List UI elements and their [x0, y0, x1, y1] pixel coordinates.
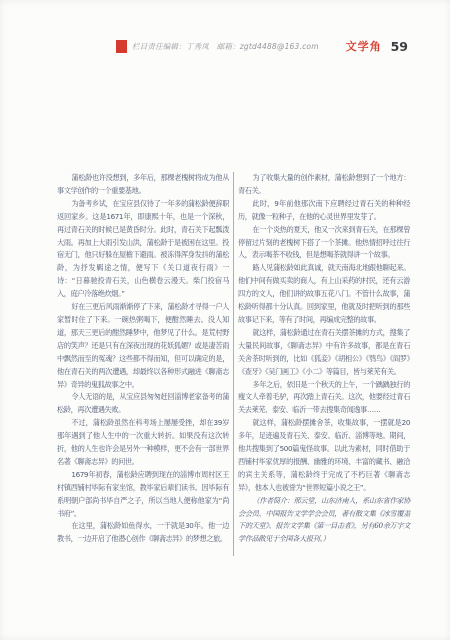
author-bio: （作者简介：邢云堂，山东济南人，系山东省作家协会会员、中国报告文学学会会员，著有…	[238, 495, 410, 547]
paragraph: 1679年初春，蒲松龄应聘到现在的淄博市周村区王村镇西铺村毕际有家坐馆，教毕家后…	[57, 469, 229, 521]
paragraph: 在一个炎热的夏天，他又一次来到青石关，在那棵曾停留过片刻的老槐树下搭了一个茶摊。…	[238, 224, 410, 263]
article-body: 蒲松龄也许没想到，多年后，那棵老槐树将成为他从事文学创作的一个重要基地。 为备考…	[57, 172, 410, 556]
right-column: 为了收集大量的创作素材，蒲松龄想到了一个地方：青石关。 此时，9年前他那次南下应…	[238, 172, 410, 546]
paragraph: 就这样，蒲松龄摆摊舍茶，收集故事，一摆就是20多年，足迹遍及青石关、泰安、临沂、…	[238, 417, 410, 494]
left-column: 蒲松龄也许没想到，多年后，那棵老槐树将成为他从事文学创作的一个重要基地。 为备考…	[57, 172, 229, 546]
paragraph: 不过，蒲松龄虽然在科考场上屡屡受挫，却在39岁那年遇到了他人生中的一次重大转折。…	[57, 417, 229, 469]
column-divider	[233, 172, 234, 556]
paragraph: 多年之后，依旧是一个秋天的上午，一个踽踽独行的瘦文人牵着毛驴，再次踏上青石关。这…	[238, 379, 410, 418]
page-number: 59	[391, 39, 408, 54]
editor-line: 栏目责任编辑：丁秀凤 邮箱：zgtd4488@163.com	[132, 41, 319, 52]
paragraph: 令人无语的是，从宝应县匆匆赶回淄博老家备考的蒲松龄，再次遭遇失败。	[57, 391, 229, 417]
section-label: 文学角	[346, 38, 382, 54]
paragraph: 为备考乡试，在宝应县仅待了一年多的蒲松龄便辞职返回家乡。这是1671年，即康熙十…	[57, 198, 229, 301]
paragraph: 好在三更后风雨渐渐停了下来，蒲松龄才寻得一户人家暂时住了下来。一碗热粥喝下，便酣…	[57, 301, 229, 391]
paragraph: 在这里，蒲松龄如鱼得水，一干就是30年。他一边教书，一边开启了他潜心创作《聊斋志…	[57, 520, 229, 546]
magazine-page: 栏目责任编辑：丁秀凤 邮箱：zgtd4488@163.com 文学角 59 蒲松…	[0, 0, 450, 640]
paragraph: 为了收集大量的创作素材，蒲松龄想到了一个地方：青石关。	[238, 172, 410, 198]
paragraph: 就这样，蒲松龄通过在青石关摆茶摊的方式，搜集了大量民间故事，《聊斋志异》中有许多…	[238, 327, 410, 379]
paragraph: 此时，9年前他那次南下应聘经过青石关的种种经历，就像一粒种子，在他的心灵世界里发…	[238, 198, 410, 224]
section-marker-icon	[116, 40, 127, 53]
page-header: 栏目责任编辑：丁秀凤 邮箱：zgtd4488@163.com 文学角 59	[116, 38, 408, 54]
paragraph: 蒲松龄也许没想到，多年后，那棵老槐树将成为他从事文学创作的一个重要基地。	[57, 172, 229, 198]
paragraph: 路人见蒲松龄如此真诚，就天南海北地跟他聊起来。他们中间有做买卖的商人，有上山采药…	[238, 262, 410, 327]
